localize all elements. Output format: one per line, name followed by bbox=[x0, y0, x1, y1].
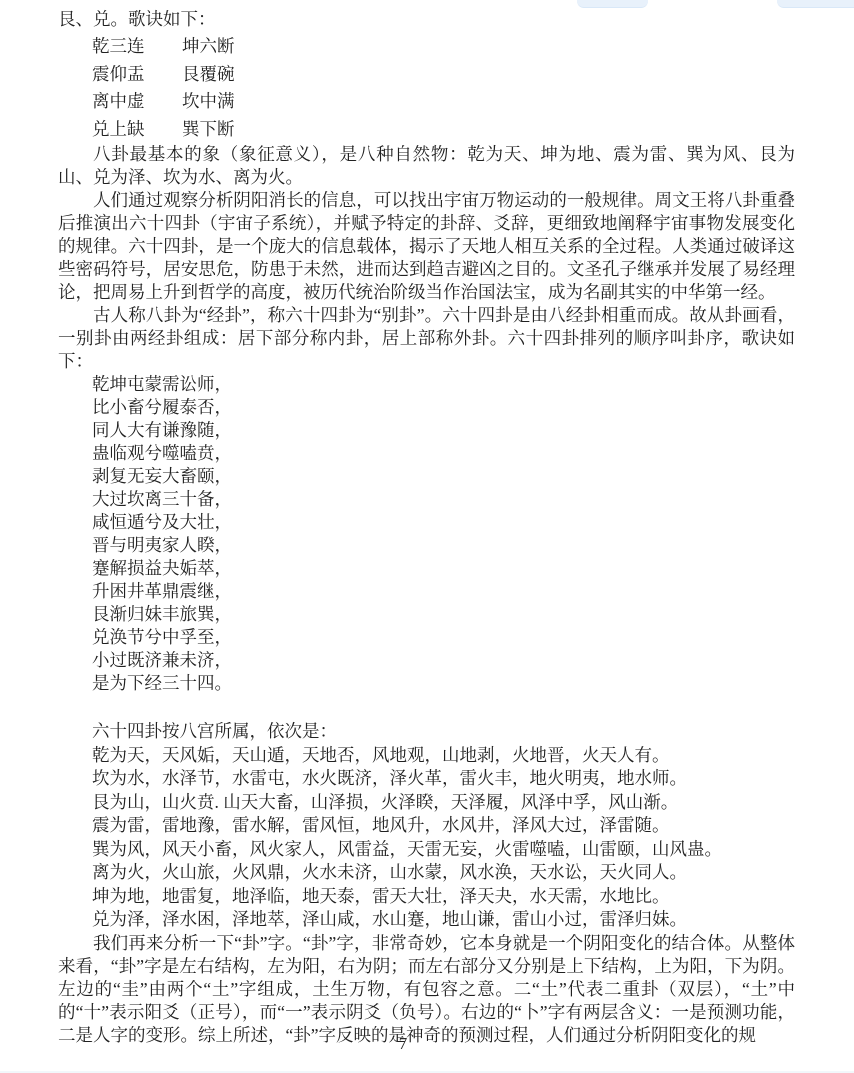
verse-line: 比小畜兮履泰否， bbox=[92, 396, 795, 419]
bagua-row: 震仰盂艮覆碗 bbox=[92, 61, 795, 89]
bagua-cell: 乾三连 bbox=[92, 33, 182, 61]
palace-line: 艮为山，山火贲. 山天大畜，山泽损，火泽睽，天泽履，风泽中孚，风山渐。 bbox=[92, 791, 795, 815]
verse-line: 同人大有谦豫随， bbox=[92, 419, 795, 442]
bagua-cell: 巽下断 bbox=[182, 119, 235, 139]
document-body: 艮、兑。歌诀如下： 乾三连坤六断 震仰盂艮覆碗 离中虚坎中满 兑上缺巽下断 八卦… bbox=[58, 6, 795, 1047]
verse-line: 剥复无妄大畜颐， bbox=[92, 465, 795, 488]
verse-line: 小过既济兼未济， bbox=[92, 649, 795, 672]
paragraph: 古人称八卦为“经卦”，称六十四卦为“别卦”。六十四卦是由八经卦相重而成。故从卦画… bbox=[58, 304, 795, 373]
bagua-cell: 坤六断 bbox=[182, 36, 235, 56]
paragraph: 我们再来分析一下“卦”字。“卦”字，非常奇妙，它本身就是一个阴阳变化的结合体。从… bbox=[58, 932, 795, 1047]
paragraph: 八卦最基本的象（象征意义），是八种自然物：乾为天、坤为地、震为雷、巽为风、艮为山… bbox=[58, 143, 795, 189]
bagua-row: 离中虚坎中满 bbox=[92, 88, 795, 116]
verse-line: 升困井革鼎震继， bbox=[92, 580, 795, 603]
verse-line: 兑涣节兮中孚至， bbox=[92, 626, 795, 649]
palace-line: 兑为泽，泽水困，泽地萃，泽山咸，水山蹇，地山谦，雷山小过，雷泽归妹。 bbox=[92, 908, 795, 932]
palace-line: 巽为风，风天小畜，风火家人，风雷益，天雷无妄，火雷噬嗑，山雷颐，山风蛊。 bbox=[92, 838, 795, 862]
verse-line: 蛊临观兮噬嗑贲， bbox=[92, 442, 795, 465]
bagua-cell: 兑上缺 bbox=[92, 116, 182, 144]
bagua-mnemonic-table: 乾三连坤六断 震仰盂艮覆碗 离中虚坎中满 兑上缺巽下断 bbox=[92, 33, 795, 143]
bagua-cell: 离中虚 bbox=[92, 88, 182, 116]
document-page: 艮、兑。歌诀如下： 乾三连坤六断 震仰盂艮覆碗 离中虚坎中满 兑上缺巽下断 八卦… bbox=[0, 0, 854, 1073]
paragraph: 人们通过观察分析阴阳消长的信息，可以找出宇宙万物运动的一般规律。周文王将八卦重叠… bbox=[58, 189, 795, 304]
bagua-row: 乾三连坤六断 bbox=[92, 33, 795, 61]
verse-line: 乾坤屯蒙需讼师， bbox=[92, 373, 795, 396]
palace-line: 坎为水，水泽节，水雷屯，水火既济，泽火革，雷火丰，地火明夷，地水师。 bbox=[92, 767, 795, 791]
verse-line: 大过坎离三十备， bbox=[92, 488, 795, 511]
page-number: 7 bbox=[58, 1033, 748, 1055]
eight-palace-section: 六十四卦按八宫所属，依次是： 乾为天，天风姤，天山遁，天地否，风地观，山地剥，火… bbox=[92, 720, 795, 932]
verse-line: 是为下经三十四。 bbox=[92, 672, 795, 695]
hexagram-sequence-verse: 乾坤屯蒙需讼师， 比小畜兮履泰否， 同人大有谦豫随， 蛊临观兮噬嗑贲， 剥复无妄… bbox=[92, 373, 795, 695]
bagua-row: 兑上缺巽下断 bbox=[92, 116, 795, 144]
palace-line: 坤为地，地雷复，地泽临，地天泰，雷天大壮，泽天夬，水天需，水地比。 bbox=[92, 885, 795, 909]
bagua-cell: 震仰盂 bbox=[92, 61, 182, 89]
verse-line: 蹇解损益夬姤萃， bbox=[92, 557, 795, 580]
bagua-cell: 坎中满 bbox=[182, 91, 235, 111]
verse-line: 咸恒遁兮及大壮， bbox=[92, 511, 795, 534]
paragraph-continuation: 艮、兑。歌诀如下： bbox=[58, 6, 795, 33]
palace-line: 乾为天，天风姤，天山遁，天地否，风地观，山地剥，火地晋，火天人有。 bbox=[92, 744, 795, 768]
palace-line: 震为雷，雷地豫，雷水解，雷风恒，地风升，水风井，泽风大过，泽雷随。 bbox=[92, 814, 795, 838]
bagua-cell: 艮覆碗 bbox=[182, 64, 235, 84]
verse-line: 晋与明夷家人睽， bbox=[92, 534, 795, 557]
eight-palace-intro: 六十四卦按八宫所属，依次是： bbox=[92, 720, 795, 744]
verse-line: 艮渐归妹丰旅巽， bbox=[92, 603, 795, 626]
palace-line: 离为火，火山旅，火风鼎，火水未济，山水蒙，风水涣，天水讼，天火同人。 bbox=[92, 861, 795, 885]
